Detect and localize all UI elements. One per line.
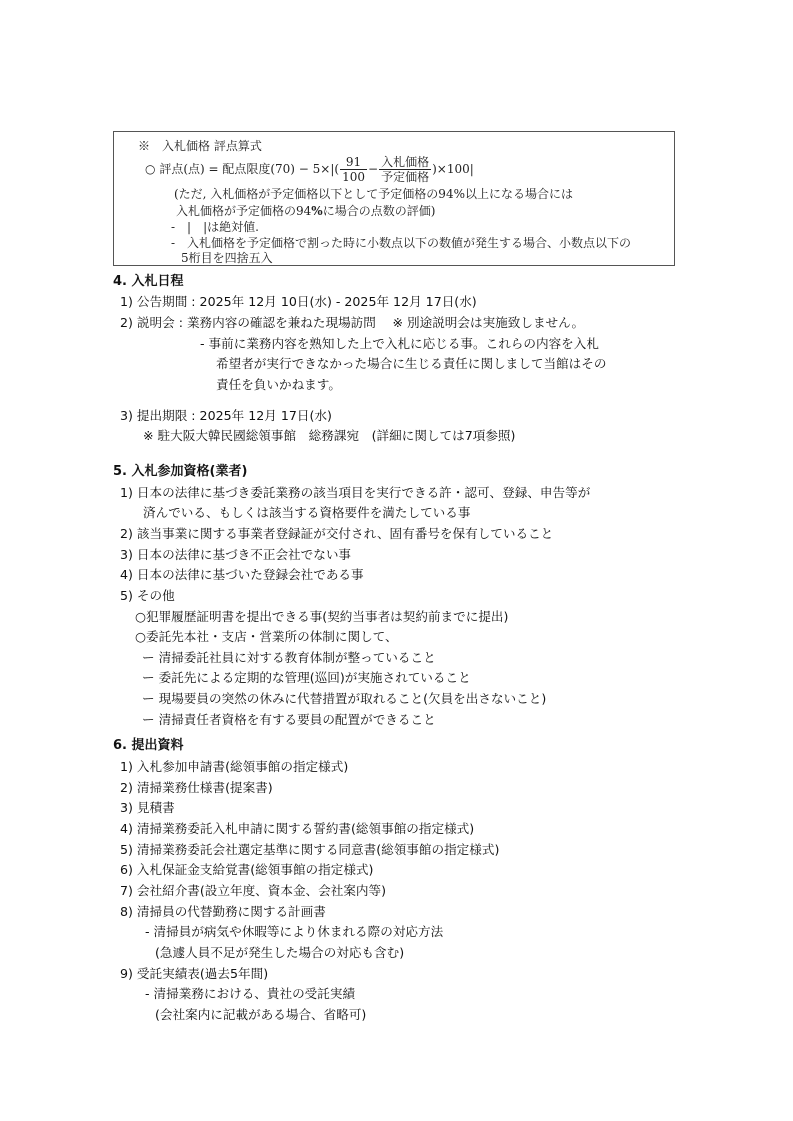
section-5-item: ー 委託先による定期的な管理(巡回)が実施されていること bbox=[142, 668, 471, 688]
section-4-item: 希望者が実行できなかった場合に生じる責任に関しまして当館はその bbox=[216, 354, 606, 374]
section-4-item: ※ 駐大阪大韓民國総領事館 総務課宛 (詳細に関しては7項参照) bbox=[143, 426, 515, 446]
formula-lhs: 評点(点) = 配点限度(70) − 5×|( bbox=[159, 162, 339, 176]
section-6-heading: 6. 提出資料 bbox=[113, 736, 184, 756]
fraction-bid-over-planned: 入札価格予定価格 bbox=[379, 155, 431, 184]
section-5-item: 済んでいる、もしくは該当する資格要件を満たしている事 bbox=[143, 503, 470, 523]
scoring-formula: ○ 評点(点) = 配点限度(70) − 5×|(91100−入札価格予定価格)… bbox=[145, 155, 474, 184]
section-5-item: ー 清掃責任者資格を有する要員の配置ができること bbox=[142, 710, 436, 730]
section-6-item: 1) 入札参加申請書(総領事館の指定様式) bbox=[120, 757, 348, 777]
formula-rhs: )×100| bbox=[432, 162, 474, 176]
section-5-item: ー 清掃委託社員に対する教育体制が整っていること bbox=[142, 648, 436, 668]
section-5-item: ー 現場要員の突然の休みに代替措置が取れること(欠員を出さないこと) bbox=[142, 689, 546, 709]
section-5-heading: 5. 入札参加資格(業者) bbox=[113, 462, 247, 482]
formula-note-1: (ただ, 入札価格が予定価格以下として予定価格の94%以上になる場合には bbox=[174, 185, 573, 202]
formula-box-title: ※ 入札価格 評点算式 bbox=[138, 137, 262, 154]
bid-price-scoring-formula-box: ※ 入札価格 評点算式 ○ 評点(点) = 配点限度(70) − 5×|(911… bbox=[113, 131, 675, 266]
section-6-item: - 清掃業務における、貴社の受託実績 bbox=[145, 984, 355, 1004]
section-6-item: 6) 入札保証金支給覚書(総領事館の指定様式) bbox=[120, 860, 373, 880]
formula-minus: − bbox=[368, 162, 378, 176]
section-4-item: - 事前に業務内容を熟知した上で入札に応じる事。これらの内容を入札 bbox=[200, 334, 599, 354]
section-6-item: - 清掃員が病気や休暇等により休まれる際の対応方法 bbox=[145, 922, 443, 942]
section-5-item: ○犯罪履歴証明書を提出できる事(契約当事者は契約前までに提出) bbox=[135, 607, 508, 627]
section-4-item: 1) 公告期間 : 2025年 12月 10日(水) - 2025年 12月 1… bbox=[120, 292, 477, 312]
section-6-item: (会社案内に記載がある場合、省略可) bbox=[155, 1005, 366, 1025]
formula-note-5: 5桁目を四捨五入 bbox=[181, 249, 273, 266]
section-6-item: (急遽人員不足が発生した場合の対応も含む) bbox=[155, 943, 404, 963]
section-6-item: 5) 清掃業務委託会社選定基準に関する同意書(総領事館の指定様式) bbox=[120, 840, 499, 860]
section-5-item: 3) 日本の法律に基づき不正会社でない事 bbox=[120, 545, 351, 565]
section-4-item: 3) 提出期限 : 2025年 12月 17日(水) bbox=[120, 406, 332, 426]
section-6-item: 2) 清掃業務仕様書(提案書) bbox=[120, 778, 273, 798]
formula-bullet: ○ bbox=[145, 162, 155, 176]
section-6-item: 7) 会社紹介書(設立年度、資本金、会社案内等) bbox=[120, 881, 386, 901]
section-5-item: 1) 日本の法律に基づき委託業務の該当項目を実行できる許・認可、登録、申告等が bbox=[120, 483, 590, 503]
fraction-91-over-100: 91100 bbox=[340, 155, 367, 184]
formula-note-2: 入札価格が予定価格の94%に場合の点数の評価) bbox=[176, 202, 435, 219]
section-6-item: 3) 見積書 bbox=[120, 798, 175, 818]
section-4-heading: 4. 入札日程 bbox=[113, 272, 184, 292]
section-6-item: 8) 清掃員の代替勤務に関する計画書 bbox=[120, 902, 326, 922]
formula-note-3: - | |は絶対値. bbox=[171, 218, 259, 235]
section-5-item: 4) 日本の法律に基づいた登録会社である事 bbox=[120, 565, 364, 585]
section-6-item: 4) 清掃業務委託入札申請に関する誓約書(総領事館の指定様式) bbox=[120, 819, 474, 839]
section-6-item: 9) 受託実績表(過去5年間) bbox=[120, 964, 268, 984]
section-5-item: ○委託先本社・支店・営業所の体制に関して、 bbox=[135, 627, 398, 647]
section-4-item: 2) 説明会 : 業務内容の確認を兼ねた現場訪問 ※ 別途説明会は実施致しません… bbox=[120, 313, 584, 333]
section-5-item: 2) 該当事業に関する事業者登録証が交付され、固有番号を保有していること bbox=[120, 524, 553, 544]
section-5-item: 5) その他 bbox=[120, 586, 175, 606]
document-page: ※ 入札価格 評点算式 ○ 評点(点) = 配点限度(70) − 5×|(911… bbox=[0, 0, 793, 1121]
section-4-item: 責任を負いかねます。 bbox=[216, 375, 341, 395]
